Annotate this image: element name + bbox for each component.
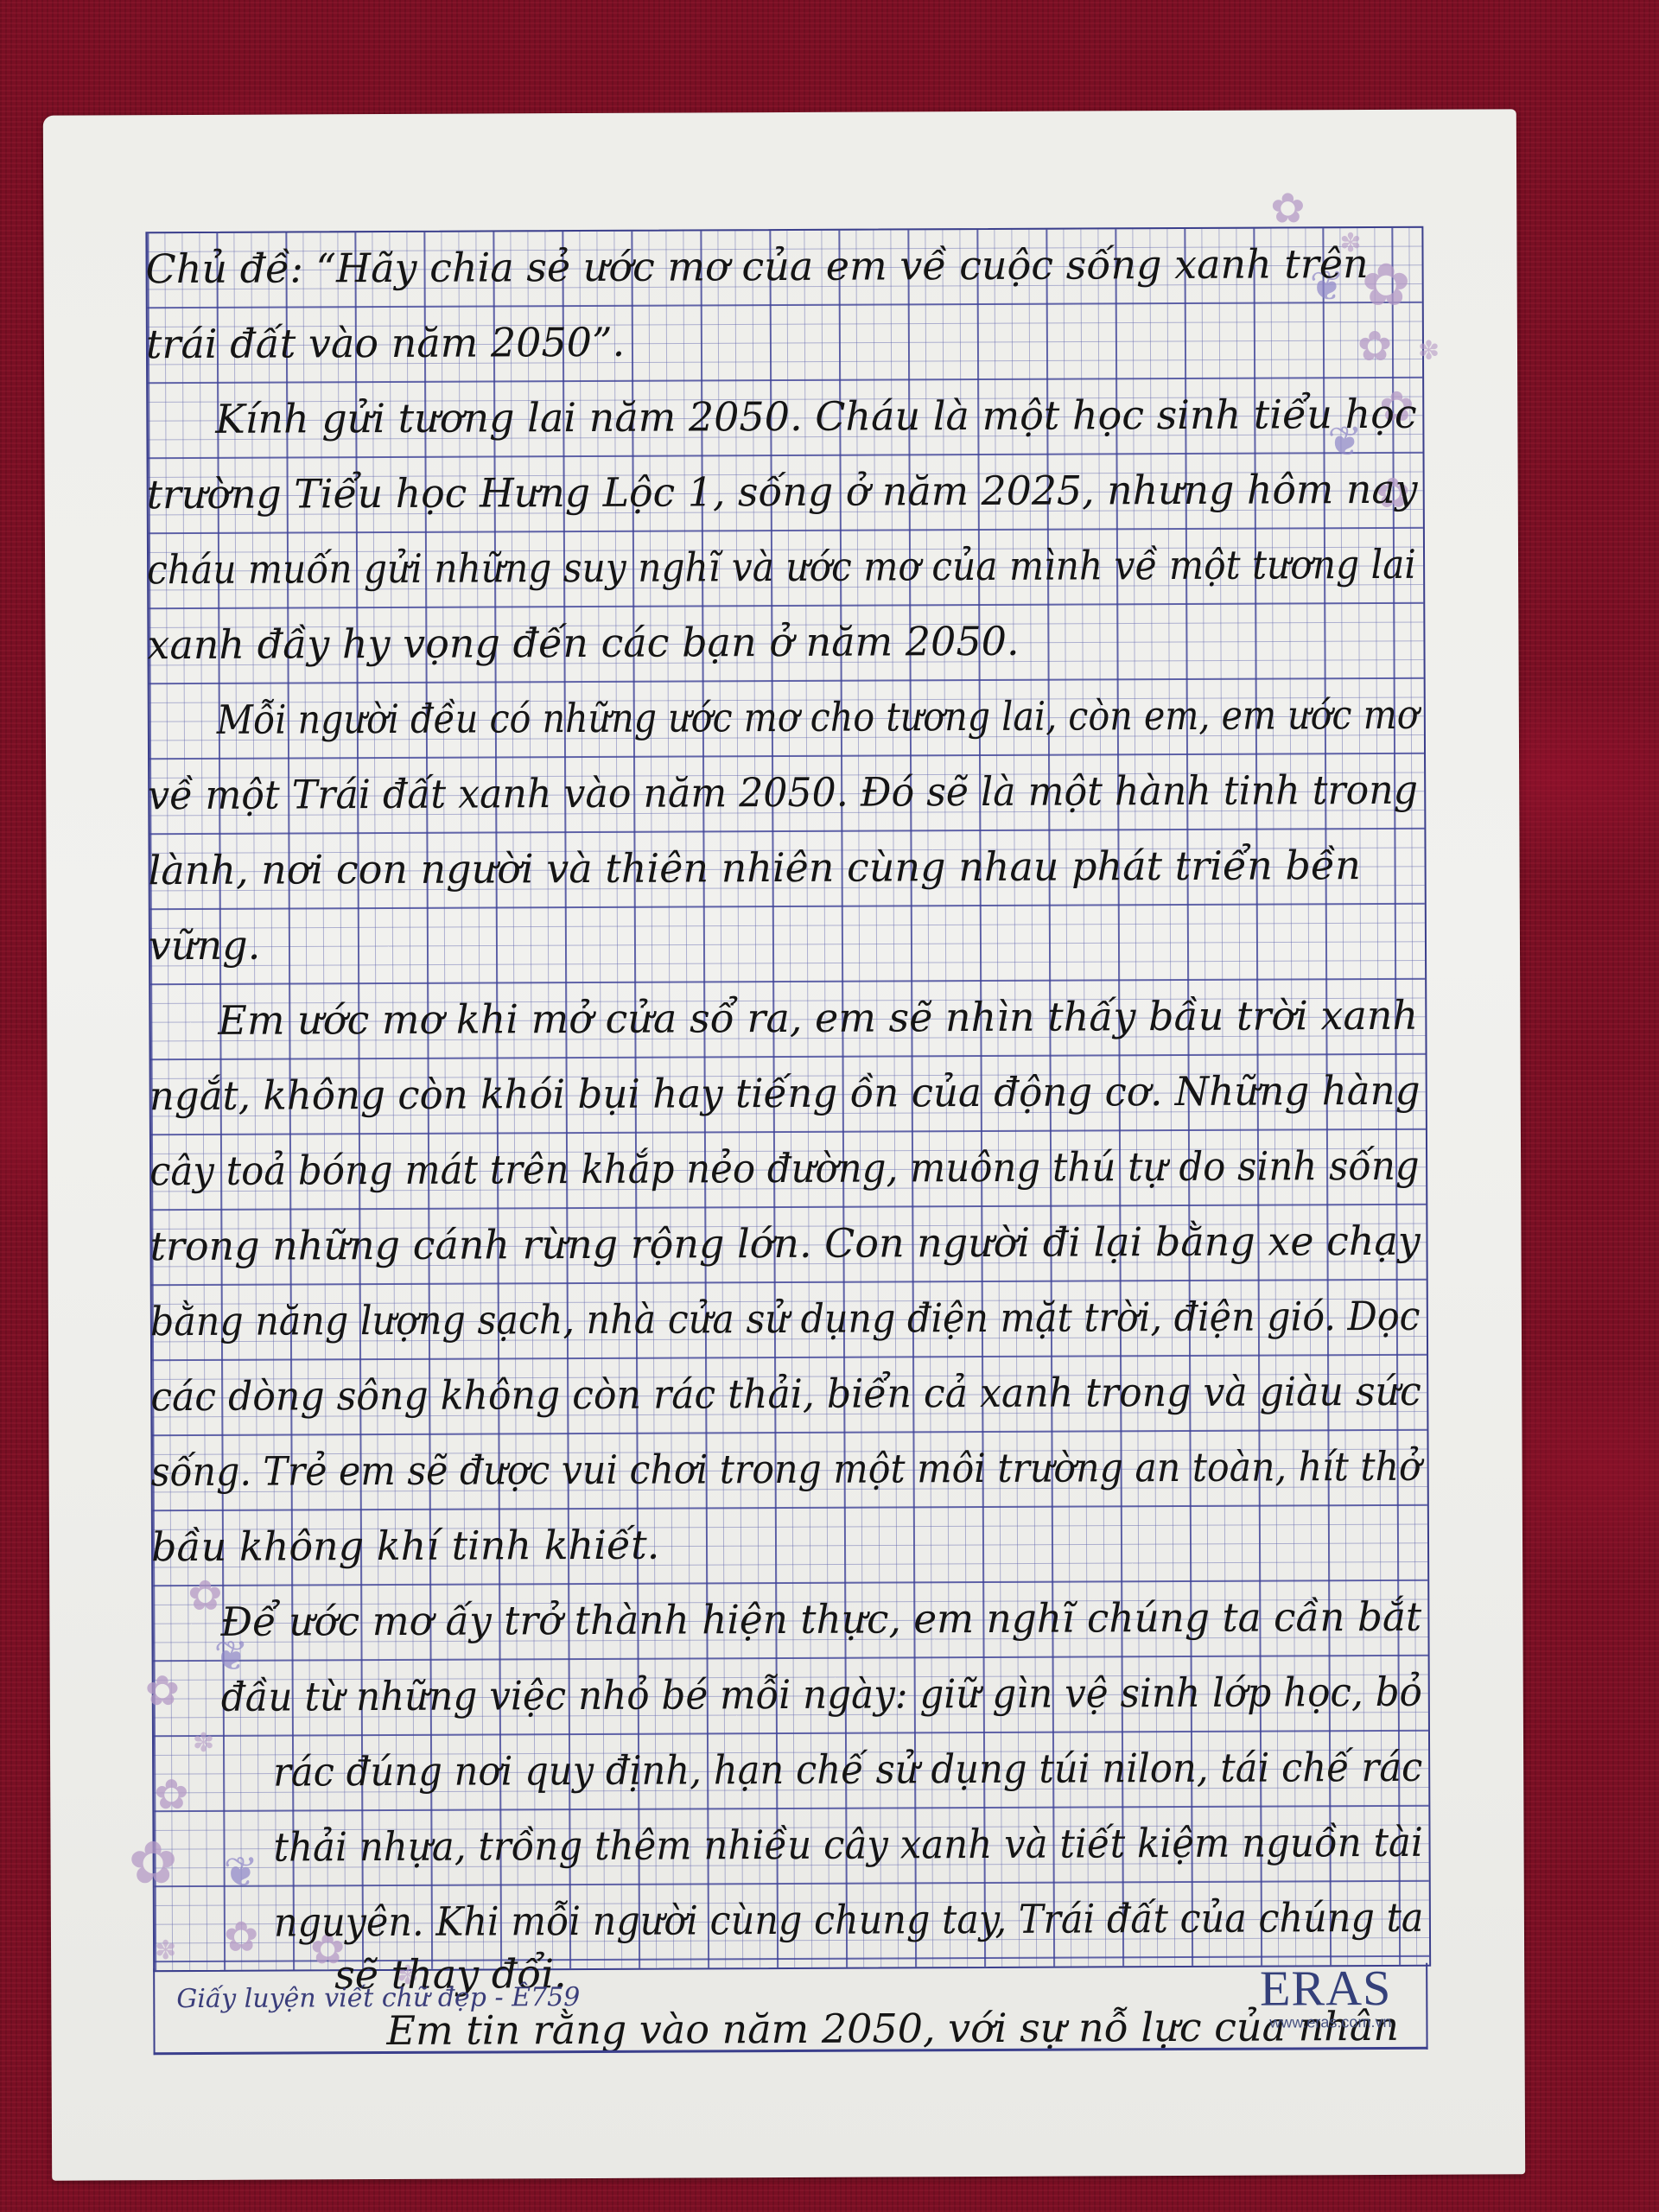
essay-line: rác đúng nơi quy định, hạn chế sử dụng t… — [273, 1730, 1423, 1810]
flower-icon: ✿ — [1270, 188, 1305, 229]
essay-line: Chủ đề: “Hãy chia sẻ ước mơ của em về cu… — [145, 226, 1369, 307]
flower-icon: ✽ — [1418, 339, 1440, 365]
essay-line: trái đất vào năm 2050”. — [146, 305, 626, 382]
essay-line: Mỗi người đều có những ước mơ cho tương … — [217, 677, 1419, 758]
handwriting-paper-sheet: ✿ ✽ ✿ ❦ ✿ ✽ ✿ ❦ ✿ ✿ ❦ ✿ ✽ ✿ ✿ ❦ ✿ ✿ ✽ ✽ … — [43, 109, 1525, 2180]
essay-line: bầu không khí tinh khiết. — [151, 1508, 660, 1586]
essay-line: bằng năng lượng sạch, nhà cửa sử dụng đi… — [150, 1279, 1421, 1359]
essay-line: xanh đầy hy vọng đến các bạn ở năm 2050. — [147, 604, 1019, 683]
essay-line: về một Trái đất xanh vào năm 2050. Đó sẽ… — [148, 753, 1418, 833]
essay-line: trường Tiểu học Hưng Lộc 1, sống ở năm 2… — [147, 452, 1418, 532]
essay-line: trong những cánh rừng rộng lớn. Con ngườ… — [149, 1204, 1421, 1284]
essay-line: thải nhựa, trồng thêm nhiều cây xanh và … — [273, 1805, 1423, 1885]
essay-line: cây toả bóng mát trên khắp nẻo đường, mu… — [149, 1128, 1420, 1209]
essay-line: Để ước mơ ấy trở thành hiện thực, em ngh… — [220, 1580, 1421, 1660]
brand-logo: ERAS www.eras.com.vn — [1260, 1963, 1392, 2032]
essay-line: các dòng sông không còn rác thải, biển c… — [150, 1354, 1421, 1434]
essay-line: sống. Trẻ em sẽ được vui chơi trong một … — [150, 1429, 1421, 1510]
essay-line: ngắt, không còn khói bụi hay tiếng ồn củ… — [149, 1053, 1421, 1134]
essay-line: cháu muốn gửi những suy nghĩ và ước mơ c… — [147, 527, 1416, 607]
handwritten-essay: Chủ đề: “Hãy chia sẻ ước mơ của em về cu… — [145, 226, 1427, 1968]
essay-line: đầu từ những việc nhỏ bé mỗi ngày: giữ g… — [221, 1655, 1423, 1735]
brand-url: www.eras.com.vn — [1260, 2013, 1391, 2032]
essay-line: Kính gửi tương lai năm 2050. Cháu là một… — [215, 377, 1417, 457]
essay-line: lành, nơi con người và thiên nhiên cùng … — [148, 828, 1361, 908]
essay-line: vững. — [149, 908, 261, 984]
brand-name: ERAS — [1260, 1963, 1392, 2014]
essay-line: Em ước mơ khi mở cửa sổ ra, em sẽ nhìn t… — [218, 978, 1418, 1058]
paper-footer: Giấy luyện viết chữ đẹp - Ê759 ERAS www.… — [153, 1963, 1427, 2055]
paper-type-label: Giấy luyện viết chữ đẹp - Ê759 — [176, 1982, 580, 2014]
